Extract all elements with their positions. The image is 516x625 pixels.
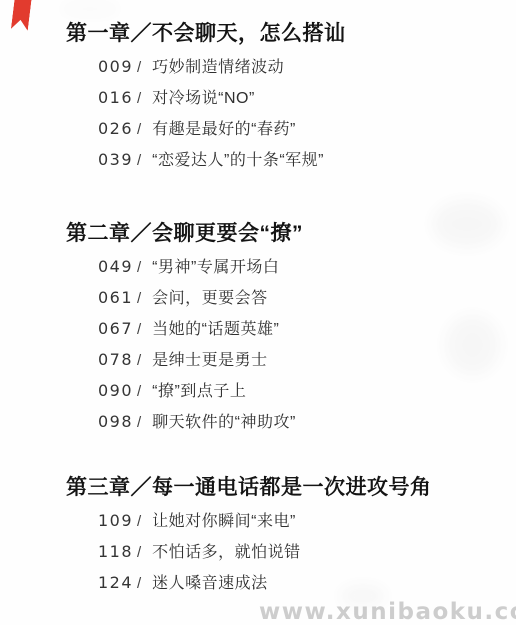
page-number: 016: [98, 83, 134, 113]
toc-item: 026 / 有趣是最好的“春药”: [98, 114, 500, 145]
page-number: 009: [98, 52, 134, 82]
separator-slash-icon: /: [137, 315, 141, 345]
item-title: “恋爱达人”的十条“军规”: [152, 146, 324, 176]
item-title: 不怕话多，就怕说错: [152, 538, 301, 568]
chapter-item-list: 009 / 巧妙制造情绪波动 016 / 对冷场说“NO” 026 / 有趣是最…: [66, 52, 500, 176]
page-number: 039: [98, 145, 134, 175]
page-number: 109: [98, 506, 134, 536]
separator-slash-icon: /: [137, 569, 141, 599]
item-title: 聊天软件的“神助攻”: [152, 408, 296, 438]
toc-section: 第二章／会聊更要会“撩” 049 / “男神”专属开场白 061 / 会问，更要…: [66, 220, 500, 438]
separator-slash-icon: /: [137, 146, 141, 176]
toc-item: 109 / 让她对你瞬间“来电”: [98, 506, 500, 537]
page-number: 049: [98, 252, 134, 282]
separator-slash-icon: /: [137, 115, 141, 145]
item-title: 会问，更要会答: [152, 284, 268, 314]
toc-item: 039 / “恋爱达人”的十条“军规”: [98, 145, 500, 176]
item-title: 当她的“话题英雄”: [152, 315, 279, 345]
toc-item: 078 / 是绅士更是勇士: [98, 345, 500, 376]
page-number: 026: [98, 114, 134, 144]
toc-item: 098 / 聊天软件的“神助攻”: [98, 407, 500, 438]
chapter-title: 第二章／会聊更要会“撩”: [66, 220, 500, 248]
toc-item: 009 / 巧妙制造情绪波动: [98, 52, 500, 83]
item-title: 有趣是最好的“春药”: [152, 115, 296, 145]
toc-item: 124 / 迷人嗓音速成法: [98, 568, 500, 599]
toc-item: 016 / 对冷场说“NO”: [98, 83, 500, 114]
chapter-item-list: 109 / 让她对你瞬间“来电” 118 / 不怕话多，就怕说错 124 / 迷…: [66, 506, 500, 599]
separator-slash-icon: /: [137, 408, 141, 438]
page-number: 078: [98, 345, 134, 375]
separator-slash-icon: /: [137, 84, 141, 114]
chapter-title: 第三章／每一通电话都是一次进攻号角: [66, 474, 500, 502]
toc-item: 118 / 不怕话多，就怕说错: [98, 537, 500, 568]
chapter-title: 第一章／不会聊天，怎么搭讪: [66, 20, 500, 48]
toc-item: 090 / “撩”到点子上: [98, 376, 500, 407]
toc-section: 第一章／不会聊天，怎么搭讪 009 / 巧妙制造情绪波动 016 / 对冷场说“…: [66, 20, 500, 176]
separator-slash-icon: /: [137, 538, 141, 568]
page-number: 067: [98, 314, 134, 344]
toc-section: 第三章／每一通电话都是一次进攻号角 109 / 让她对你瞬间“来电” 118 /…: [66, 474, 500, 599]
item-title: 巧妙制造情绪波动: [152, 53, 284, 83]
page-number: 098: [98, 407, 134, 437]
watermark-text: www.xunibaoku.com: [259, 599, 516, 625]
item-title: “撩”到点子上: [152, 377, 246, 407]
page-number: 118: [98, 537, 134, 567]
item-title: 是绅士更是勇士: [152, 346, 268, 376]
toc-item: 061 / 会问，更要会答: [98, 283, 500, 314]
separator-slash-icon: /: [137, 377, 141, 407]
table-of-contents: 第一章／不会聊天，怎么搭讪 009 / 巧妙制造情绪波动 016 / 对冷场说“…: [66, 20, 500, 599]
toc-item: 049 / “男神”专属开场白: [98, 252, 500, 283]
item-title: 让她对你瞬间“来电”: [152, 507, 296, 537]
separator-slash-icon: /: [137, 507, 141, 537]
page-number: 090: [98, 376, 134, 406]
separator-slash-icon: /: [137, 53, 141, 83]
separator-slash-icon: /: [137, 253, 141, 283]
item-title: “男神”专属开场白: [152, 253, 279, 283]
item-title: 对冷场说“NO”: [152, 84, 255, 114]
page-number: 061: [98, 283, 134, 313]
item-title: 迷人嗓音速成法: [152, 569, 268, 599]
scanned-toc-page: 第一章／不会聊天，怎么搭讪 009 / 巧妙制造情绪波动 016 / 对冷场说“…: [0, 0, 516, 625]
separator-slash-icon: /: [137, 346, 141, 376]
page-number: 124: [98, 568, 134, 598]
scan-smudge: [60, 2, 120, 16]
toc-item: 067 / 当她的“话题英雄”: [98, 314, 500, 345]
red-bookmark-icon: [11, 0, 32, 31]
chapter-item-list: 049 / “男神”专属开场白 061 / 会问，更要会答 067 / 当她的“…: [66, 252, 500, 438]
separator-slash-icon: /: [137, 284, 141, 314]
